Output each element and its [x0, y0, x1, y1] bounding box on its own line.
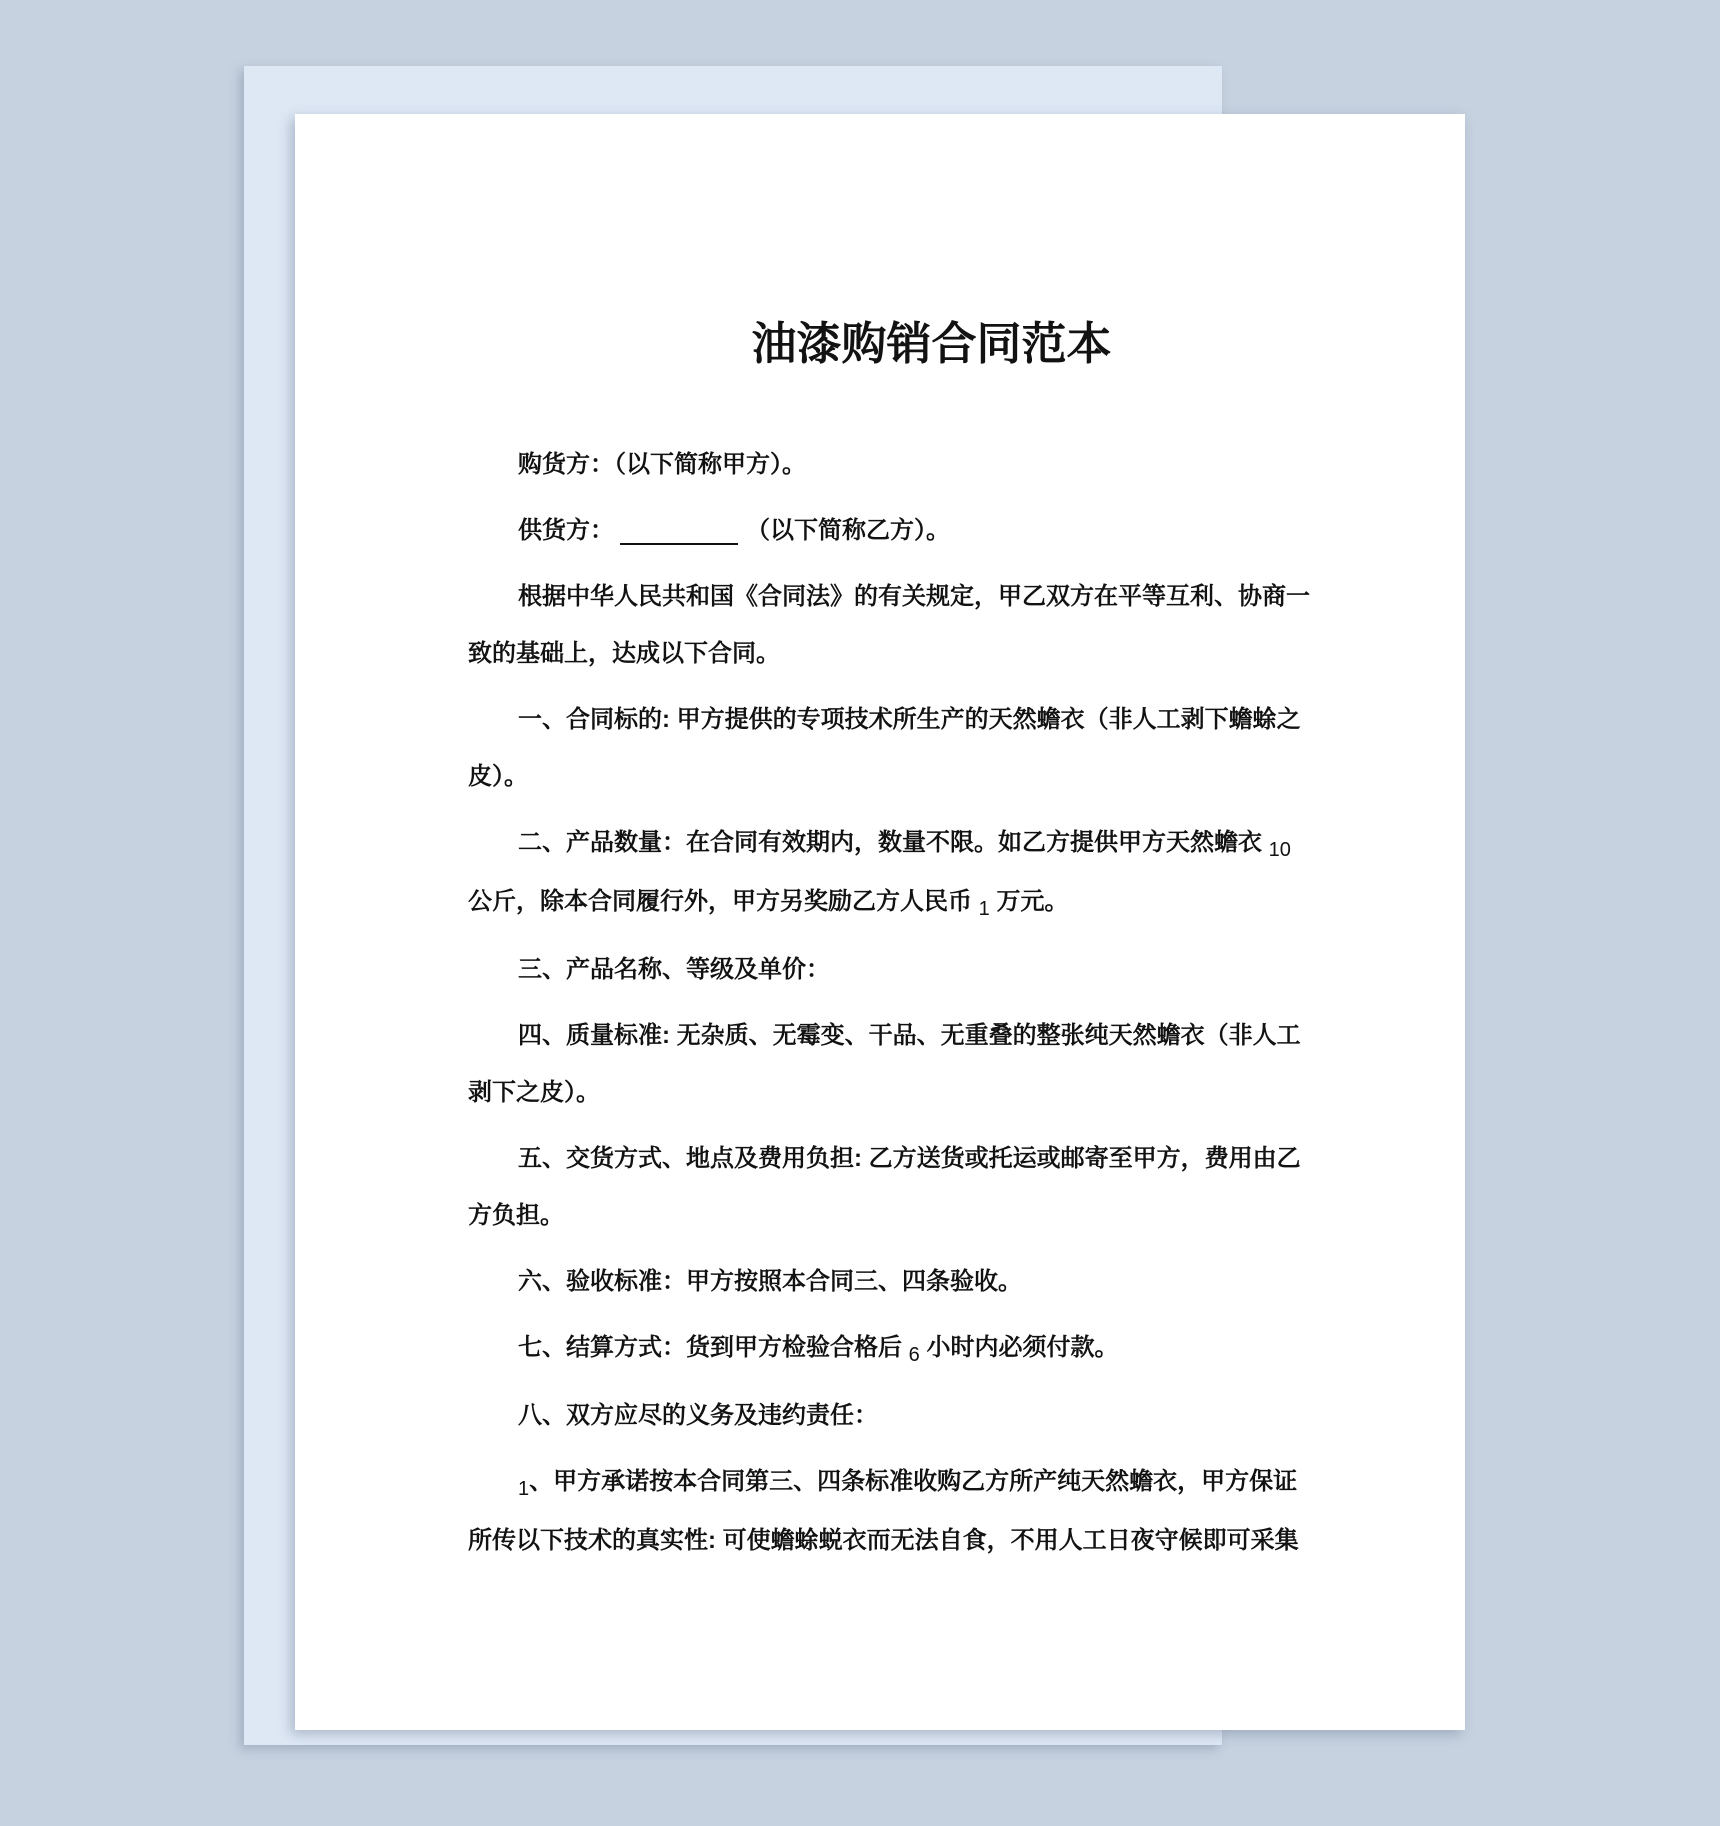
text-run: 六、验收标准：甲方按照本合同三、四条验收。 [518, 1268, 1022, 1295]
text-run: 二、产品数量：在合同有效期内，数量不限。如乙方提供甲方天然蟾衣 [518, 829, 1269, 856]
text-run: 供货方： [518, 517, 614, 544]
contract-paragraph: 一、合同标的: 甲方提供的专项技术所生产的天然蟾衣（非人工剥下蟾蜍之皮）。 [468, 691, 1335, 805]
text-run: 五、交货方式、地点及费用负担: 乙方送货或托运或邮寄至甲方，费用由乙 [518, 1145, 1301, 1172]
text-run: 七、结算方式：货到甲方检验合格后 [518, 1334, 909, 1361]
contract-paragraph: 六、验收标准：甲方按照本合同三、四条验收。 [468, 1253, 1335, 1310]
front-page-sheet: 油漆购销合同范本 购货方：（以下简称甲方）。供货方：（以下简称乙方）。根据中华人… [295, 114, 1465, 1730]
desktop-background: 油漆购销合同范本 购货方：（以下简称甲方）。供货方：（以下简称乙方）。根据中华人… [0, 0, 1720, 1826]
inline-number: 6 [909, 1344, 920, 1366]
text-run: 所传以下技术的真实性: 可使蟾蜍蜕衣而无法自食，不用人工日夜守候即可采集 [468, 1527, 1299, 1554]
text-run: 、甲方承诺按本合同第三、四条标准收购乙方所产纯天然蟾衣，甲方保证 [529, 1468, 1297, 1495]
text-run: 皮）。 [468, 763, 528, 790]
text-run: 八、双方应尽的义务及违约责任： [518, 1402, 878, 1429]
inline-number: 1 [979, 898, 990, 920]
text-run: 公斤，除本合同履行外，甲方另奖励乙方人民币 [468, 888, 979, 915]
text-run: 方负担。 [468, 1202, 564, 1229]
fill-in-blank-line [620, 543, 738, 545]
document-title: 油漆购销合同范本 [468, 314, 1335, 374]
contract-paragraph: 八、双方应尽的义务及违约责任： [468, 1387, 1335, 1444]
text-run: 四、质量标准: 无杂质、无霉变、干品、无重叠的整张纯天然蟾衣（非人工 [518, 1022, 1301, 1049]
contract-paragraph: 三、产品名称、等级及单价： [468, 941, 1335, 998]
contract-paragraph: 购货方：（以下简称甲方）。 [468, 436, 1335, 493]
text-run: 根据中华人民共和国《合同法》的有关规定，甲乙双方在平等互利、协商一 [518, 583, 1310, 610]
contract-paragraph: 二、产品数量：在合同有效期内，数量不限。如乙方提供甲方天然蟾衣 10公斤，除本合… [468, 814, 1335, 932]
contract-paragraph: 四、质量标准: 无杂质、无霉变、干品、无重叠的整张纯天然蟾衣（非人工剥下之皮）。 [468, 1007, 1335, 1121]
text-run: 三、产品名称、等级及单价： [518, 956, 830, 983]
inline-number: 10 [1269, 839, 1291, 861]
document-content: 油漆购销合同范本 购货方：（以下简称甲方）。供货方：（以下简称乙方）。根据中华人… [295, 114, 1465, 1569]
contract-paragraph: 五、交货方式、地点及费用负担: 乙方送货或托运或邮寄至甲方，费用由乙方负担。 [468, 1130, 1335, 1244]
text-run: 致的基础上，达成以下合同。 [468, 640, 780, 667]
text-run: 购货方：（以下简称甲方）。 [518, 451, 806, 478]
text-run: 小时内必须付款。 [920, 1334, 1119, 1361]
text-run: 万元。 [990, 888, 1069, 915]
contract-paragraph: 1、甲方承诺按本合同第三、四条标准收购乙方所产纯天然蟾衣，甲方保证所传以下技术的… [468, 1453, 1335, 1569]
contract-paragraph: 七、结算方式：货到甲方检验合格后 6 小时内必须付款。 [468, 1319, 1335, 1378]
text-run: （以下简称乙方）。 [746, 517, 950, 544]
contract-paragraph: 供货方：（以下简称乙方）。 [468, 502, 1335, 559]
contract-body: 购货方：（以下简称甲方）。供货方：（以下简称乙方）。根据中华人民共和国《合同法》… [468, 436, 1335, 1569]
inline-number: 1 [518, 1478, 529, 1500]
text-run: 一、合同标的: 甲方提供的专项技术所生产的天然蟾衣（非人工剥下蟾蜍之 [518, 706, 1301, 733]
text-run: 剥下之皮）。 [468, 1079, 600, 1106]
contract-paragraph: 根据中华人民共和国《合同法》的有关规定，甲乙双方在平等互利、协商一致的基础上，达… [468, 568, 1335, 682]
